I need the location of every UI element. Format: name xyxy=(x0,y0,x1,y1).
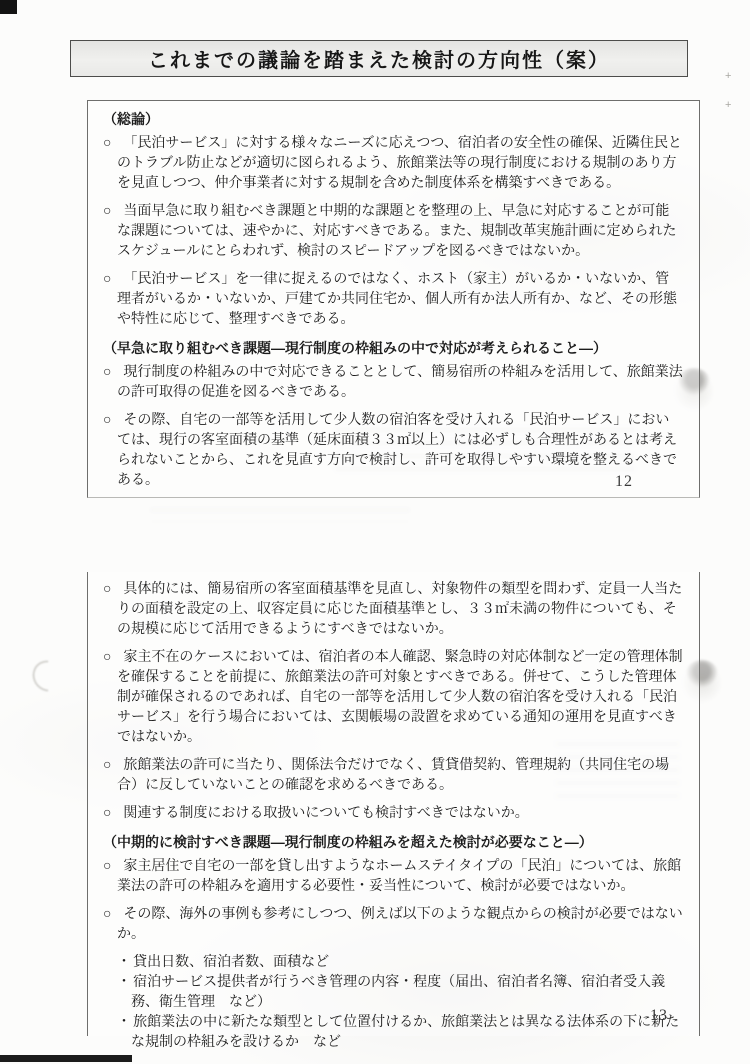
circle-marker: ○ xyxy=(103,363,111,379)
list-item: ・旅館業法の中に新たな類型として位置付けるか、旅館業法とは異なる法体系の下に新た… xyxy=(103,1011,683,1051)
registration-mark: + xyxy=(725,100,731,111)
bullet-marker: ・ xyxy=(117,953,131,969)
item-text: 具体的には、簡易宿所の客室面積基準を見直し、対象物件の類型を問わず、定員一人当た… xyxy=(117,580,682,636)
list-item: ○その際、海外の事例も参考にしつつ、例えば以下のような観点からの検討が必要ではな… xyxy=(103,903,683,943)
page-12-content: （総論）○「民泊サービス」に対する様々なニーズに応えつつ、宿泊者の安全性の確保、… xyxy=(103,109,683,489)
item-text: 旅館業法の中に新たな類型として位置付けるか、旅館業法とは異なる法体系の下に新たな… xyxy=(131,1013,679,1049)
page-13-content: ○具体的には、簡易宿所の客室面積基準を見直し、対象物件の類型を問わず、定員一人当… xyxy=(103,578,683,1051)
list-item: ・貸出日数、宿泊者数、面積など xyxy=(103,951,683,971)
item-text: 「民泊サービス」を一律に捉えるのではなく、ホスト（家主）がいるか・いないか、管理… xyxy=(117,270,677,326)
page-number-12: 12 xyxy=(615,473,633,491)
list-item: ○「民泊サービス」を一律に捉えるのではなく、ホスト（家主）がいるか・いないか、管… xyxy=(103,268,683,328)
item-text: 貸出日数、宿泊者数、面積など xyxy=(133,953,329,969)
circle-marker: ○ xyxy=(103,134,111,150)
item-text: 「民泊サービス」に対する様々なニーズに応えつつ、宿泊者の安全性の確保、近隣住民と… xyxy=(117,134,682,190)
item-text: 関連する制度における取扱いについても検討すべきではないか。 xyxy=(123,804,528,820)
circle-marker: ○ xyxy=(103,648,111,664)
bullet-marker: ・ xyxy=(117,973,131,989)
scan-corner-mark xyxy=(0,0,17,14)
item-text: その際、海外の事例も参考にしつつ、例えば以下のような観点からの検討が必要ではない… xyxy=(117,905,683,941)
circle-marker: ○ xyxy=(103,270,111,286)
circle-marker: ○ xyxy=(103,905,111,921)
section-heading: （中期的に検討すべき課題―現行制度の枠組みを超えた検討が必要なこと―） xyxy=(103,832,683,852)
bullet-marker: ・ xyxy=(117,1013,131,1029)
list-item: ○旅館業法の許可に当たり、関係法令だけでなく、賃貸借契約、管理規約（共同住宅の場… xyxy=(103,754,683,794)
page-13-text-frame: ○具体的には、簡易宿所の客室面積基準を見直し、対象物件の類型を問わず、定員一人当… xyxy=(87,572,700,1036)
list-item: ○現行制度の枠組みの中で対応できることとして、簡易宿所の枠組みを活用して、旅館業… xyxy=(103,361,683,401)
list-item: ○家主不在のケースにおいては、宿泊者の本人確認、緊急時の対応体制など一定の管理体… xyxy=(103,646,683,746)
list-item: ・宿泊サービス提供者が行うべき管理の内容・程度（届出、宿泊者名簿、宿泊者受入義務… xyxy=(103,971,683,1011)
section-heading: （総論） xyxy=(103,109,683,129)
circle-marker: ○ xyxy=(103,804,111,820)
circle-marker: ○ xyxy=(103,580,111,596)
page-12-text-frame: （総論）○「民泊サービス」に対する様々なニーズに応えつつ、宿泊者の安全性の確保、… xyxy=(87,100,700,498)
scan-bottom-mark xyxy=(0,1055,132,1062)
section-heading: （早急に取り組むべき課題―現行制度の枠組みの中で対応が考えられること―） xyxy=(103,338,683,358)
item-text: 宿泊サービス提供者が行うべき管理の内容・程度（届出、宿泊者名簿、宿泊者受入義務、… xyxy=(131,973,665,1009)
document-title-box: これまでの議論を踏まえた検討の方向性（案） xyxy=(70,40,688,77)
scan-crescent-artifact xyxy=(26,654,70,698)
list-item: ○その際、自宅の一部等を活用して少人数の宿泊客を受け入れる「民泊サービス」におい… xyxy=(103,409,683,489)
item-text: 旅館業法の許可に当たり、関係法令だけでなく、賃貸借契約、管理規約（共同住宅の場合… xyxy=(117,756,669,792)
document-title: これまでの議論を踏まえた検討の方向性（案） xyxy=(148,44,610,73)
list-item: ○当面早急に取り組むべき課題と中期的な課題とを整理の上、早急に対応することが可能… xyxy=(103,200,683,260)
list-item: ○関連する制度における取扱いについても検討すべきではないか。 xyxy=(103,802,683,822)
item-text: 現行制度の枠組みの中で対応できることとして、簡易宿所の枠組みを活用して、旅館業法… xyxy=(117,363,683,399)
list-item: ○「民泊サービス」に対する様々なニーズに応えつつ、宿泊者の安全性の確保、近隣住民… xyxy=(103,132,683,192)
item-text: その際、自宅の一部等を活用して少人数の宿泊客を受け入れる「民泊サービス」において… xyxy=(117,411,677,487)
list-item: ○具体的には、簡易宿所の客室面積基準を見直し、対象物件の類型を問わず、定員一人当… xyxy=(103,578,683,638)
item-text: 家主居住で自宅の一部を貸し出すようなホームステイタイプの「民泊」については、旅館… xyxy=(117,857,681,893)
page-number-13: 13 xyxy=(650,1007,668,1025)
scanned-document-page: + + これまでの議論を踏まえた検討の方向性（案） （総論）○「民泊サービス」に… xyxy=(0,0,750,1064)
circle-marker: ○ xyxy=(103,857,111,873)
registration-mark: + xyxy=(725,71,731,82)
circle-marker: ○ xyxy=(103,756,111,772)
circle-marker: ○ xyxy=(103,202,111,218)
item-text: 当面早急に取り組むべき課題と中期的な課題とを整理の上、早急に対応することが可能な… xyxy=(117,202,676,258)
item-text: 家主不在のケースにおいては、宿泊者の本人確認、緊急時の対応体制など一定の管理体制… xyxy=(117,648,683,744)
circle-marker: ○ xyxy=(103,411,111,427)
ink-bleedthrough xyxy=(150,508,410,522)
list-item: ○家主居住で自宅の一部を貸し出すようなホームステイタイプの「民泊」については、旅… xyxy=(103,855,683,895)
